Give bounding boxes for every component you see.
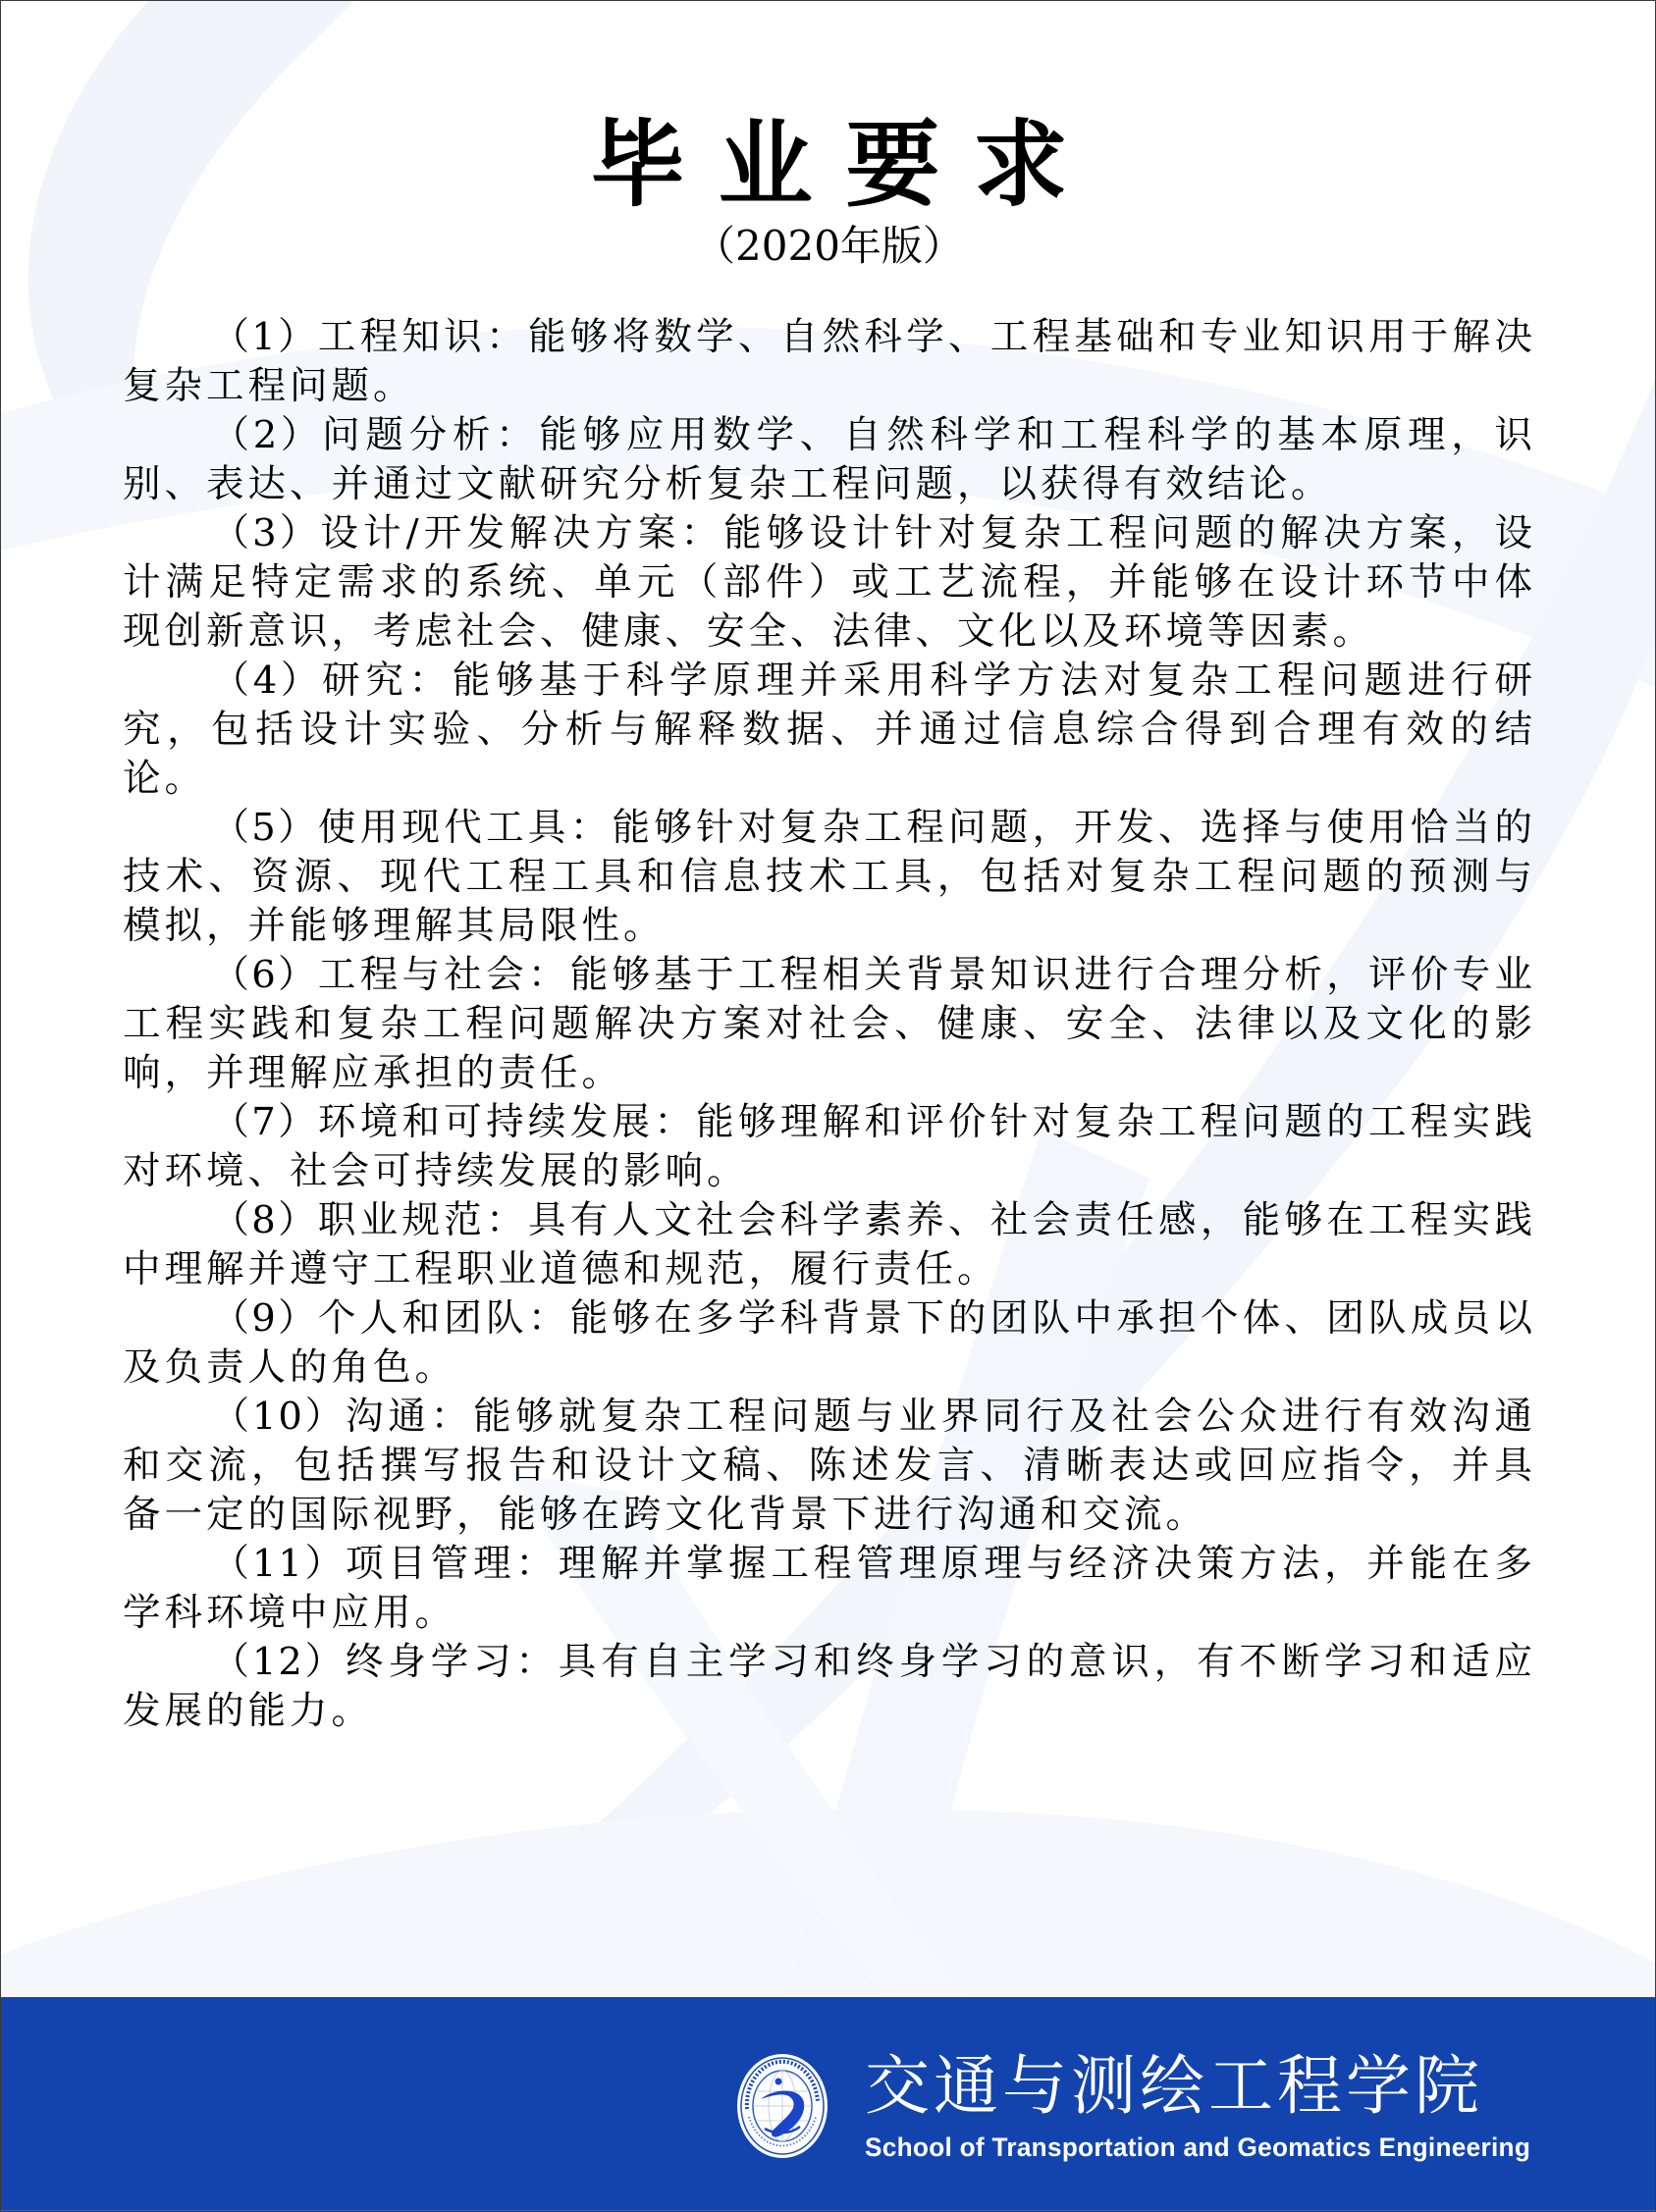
poster: 毕业要求 （2020年版） （1）工程知识：能够将数学、自然科学、工程基础和专业… (0, 0, 1656, 2212)
requirement-name: 个人和团队： (318, 1296, 570, 1341)
requirement-name: 工程与社会： (318, 953, 570, 997)
page-title: 毕业要求 (1, 111, 1656, 219)
requirement-number: （1） (211, 315, 317, 359)
requirement-name: 环境和可持续发展： (318, 1100, 696, 1144)
requirement-item: （10）沟通：能够就复杂工程问题与业界同行及社会公众进行有效沟通和交流，包括撰写… (123, 1393, 1536, 1540)
requirement-item: （5）使用现代工具：能够针对复杂工程问题，开发、选择与使用恰当的技术、资源、现代… (123, 804, 1536, 951)
requirement-item: （9）个人和团队：能够在多学科背景下的团队中承担个体、团队成员以及负责人的角色。 (123, 1294, 1536, 1393)
requirement-name: 沟通： (346, 1395, 473, 1439)
requirement-number: （4） (211, 658, 322, 703)
requirement-number: （3） (211, 511, 320, 555)
requirements-list: （1）工程知识：能够将数学、自然科学、工程基础和专业知识用于解决复杂工程问题。 … (123, 313, 1536, 1736)
requirement-item: （6）工程与社会：能够基于工程相关背景知识进行合理分析，评价专业工程实践和复杂工… (123, 951, 1536, 1098)
requirement-number: （5） (211, 806, 317, 850)
requirement-name: 项目管理： (346, 1542, 559, 1586)
requirement-number: （7） (211, 1100, 317, 1144)
requirement-number: （6） (211, 953, 317, 997)
college-name: 交通与测绘工程学院 (865, 2050, 1483, 2123)
requirement-item: （11）项目管理：理解并掌握工程管理原理与经济决策方法，并能在多学科环境中应用。 (123, 1540, 1536, 1638)
requirement-name: 工程知识： (318, 315, 528, 359)
requirement-number: （2） (211, 413, 322, 457)
requirement-name: 问题分析： (322, 413, 539, 457)
requirement-item: （8）职业规范：具有人文社会科学素养、社会责任感，能够在工程实践中理解并遵守工程… (123, 1196, 1536, 1294)
university-emblem-icon (735, 2052, 829, 2160)
requirement-item: （2）问题分析：能够应用数学、自然科学和工程科学的基本原理，识别、表达、并通过文… (123, 411, 1536, 509)
edition-subtitle: （2020年版） (1, 219, 1656, 274)
requirement-item: （4）研究：能够基于科学原理并采用科学方法对复杂工程问题进行研究，包括设计实验、… (123, 657, 1536, 804)
requirement-name: 使用现代工具： (318, 806, 613, 850)
requirement-name: 职业规范： (318, 1198, 528, 1242)
requirement-item: （7）环境和可持续发展：能够理解和评价针对复杂工程问题的工程实践对环境、社会可持… (123, 1098, 1536, 1196)
requirement-name: 研究： (322, 658, 453, 703)
requirement-item: （1）工程知识：能够将数学、自然科学、工程基础和专业知识用于解决复杂工程问题。 (123, 313, 1536, 411)
requirement-item: （3）设计/开发解决方案：能够设计针对复杂工程问题的解决方案，设计满足特定需求的… (123, 509, 1536, 657)
college-name-english: School of Transportation and Geomatics E… (865, 2131, 1530, 2164)
requirement-number: （10） (211, 1395, 346, 1439)
requirement-number: （11） (211, 1542, 346, 1586)
requirement-number: （8） (211, 1198, 317, 1242)
requirement-item: （12）终身学习：具有自主学习和终身学习的意识，有不断学习和适应发展的能力。 (123, 1638, 1536, 1736)
requirement-name: 设计/开发解决方案： (320, 511, 723, 555)
requirement-name: 终身学习： (346, 1640, 559, 1684)
requirement-number: （9） (211, 1296, 317, 1341)
requirement-number: （12） (211, 1640, 346, 1684)
